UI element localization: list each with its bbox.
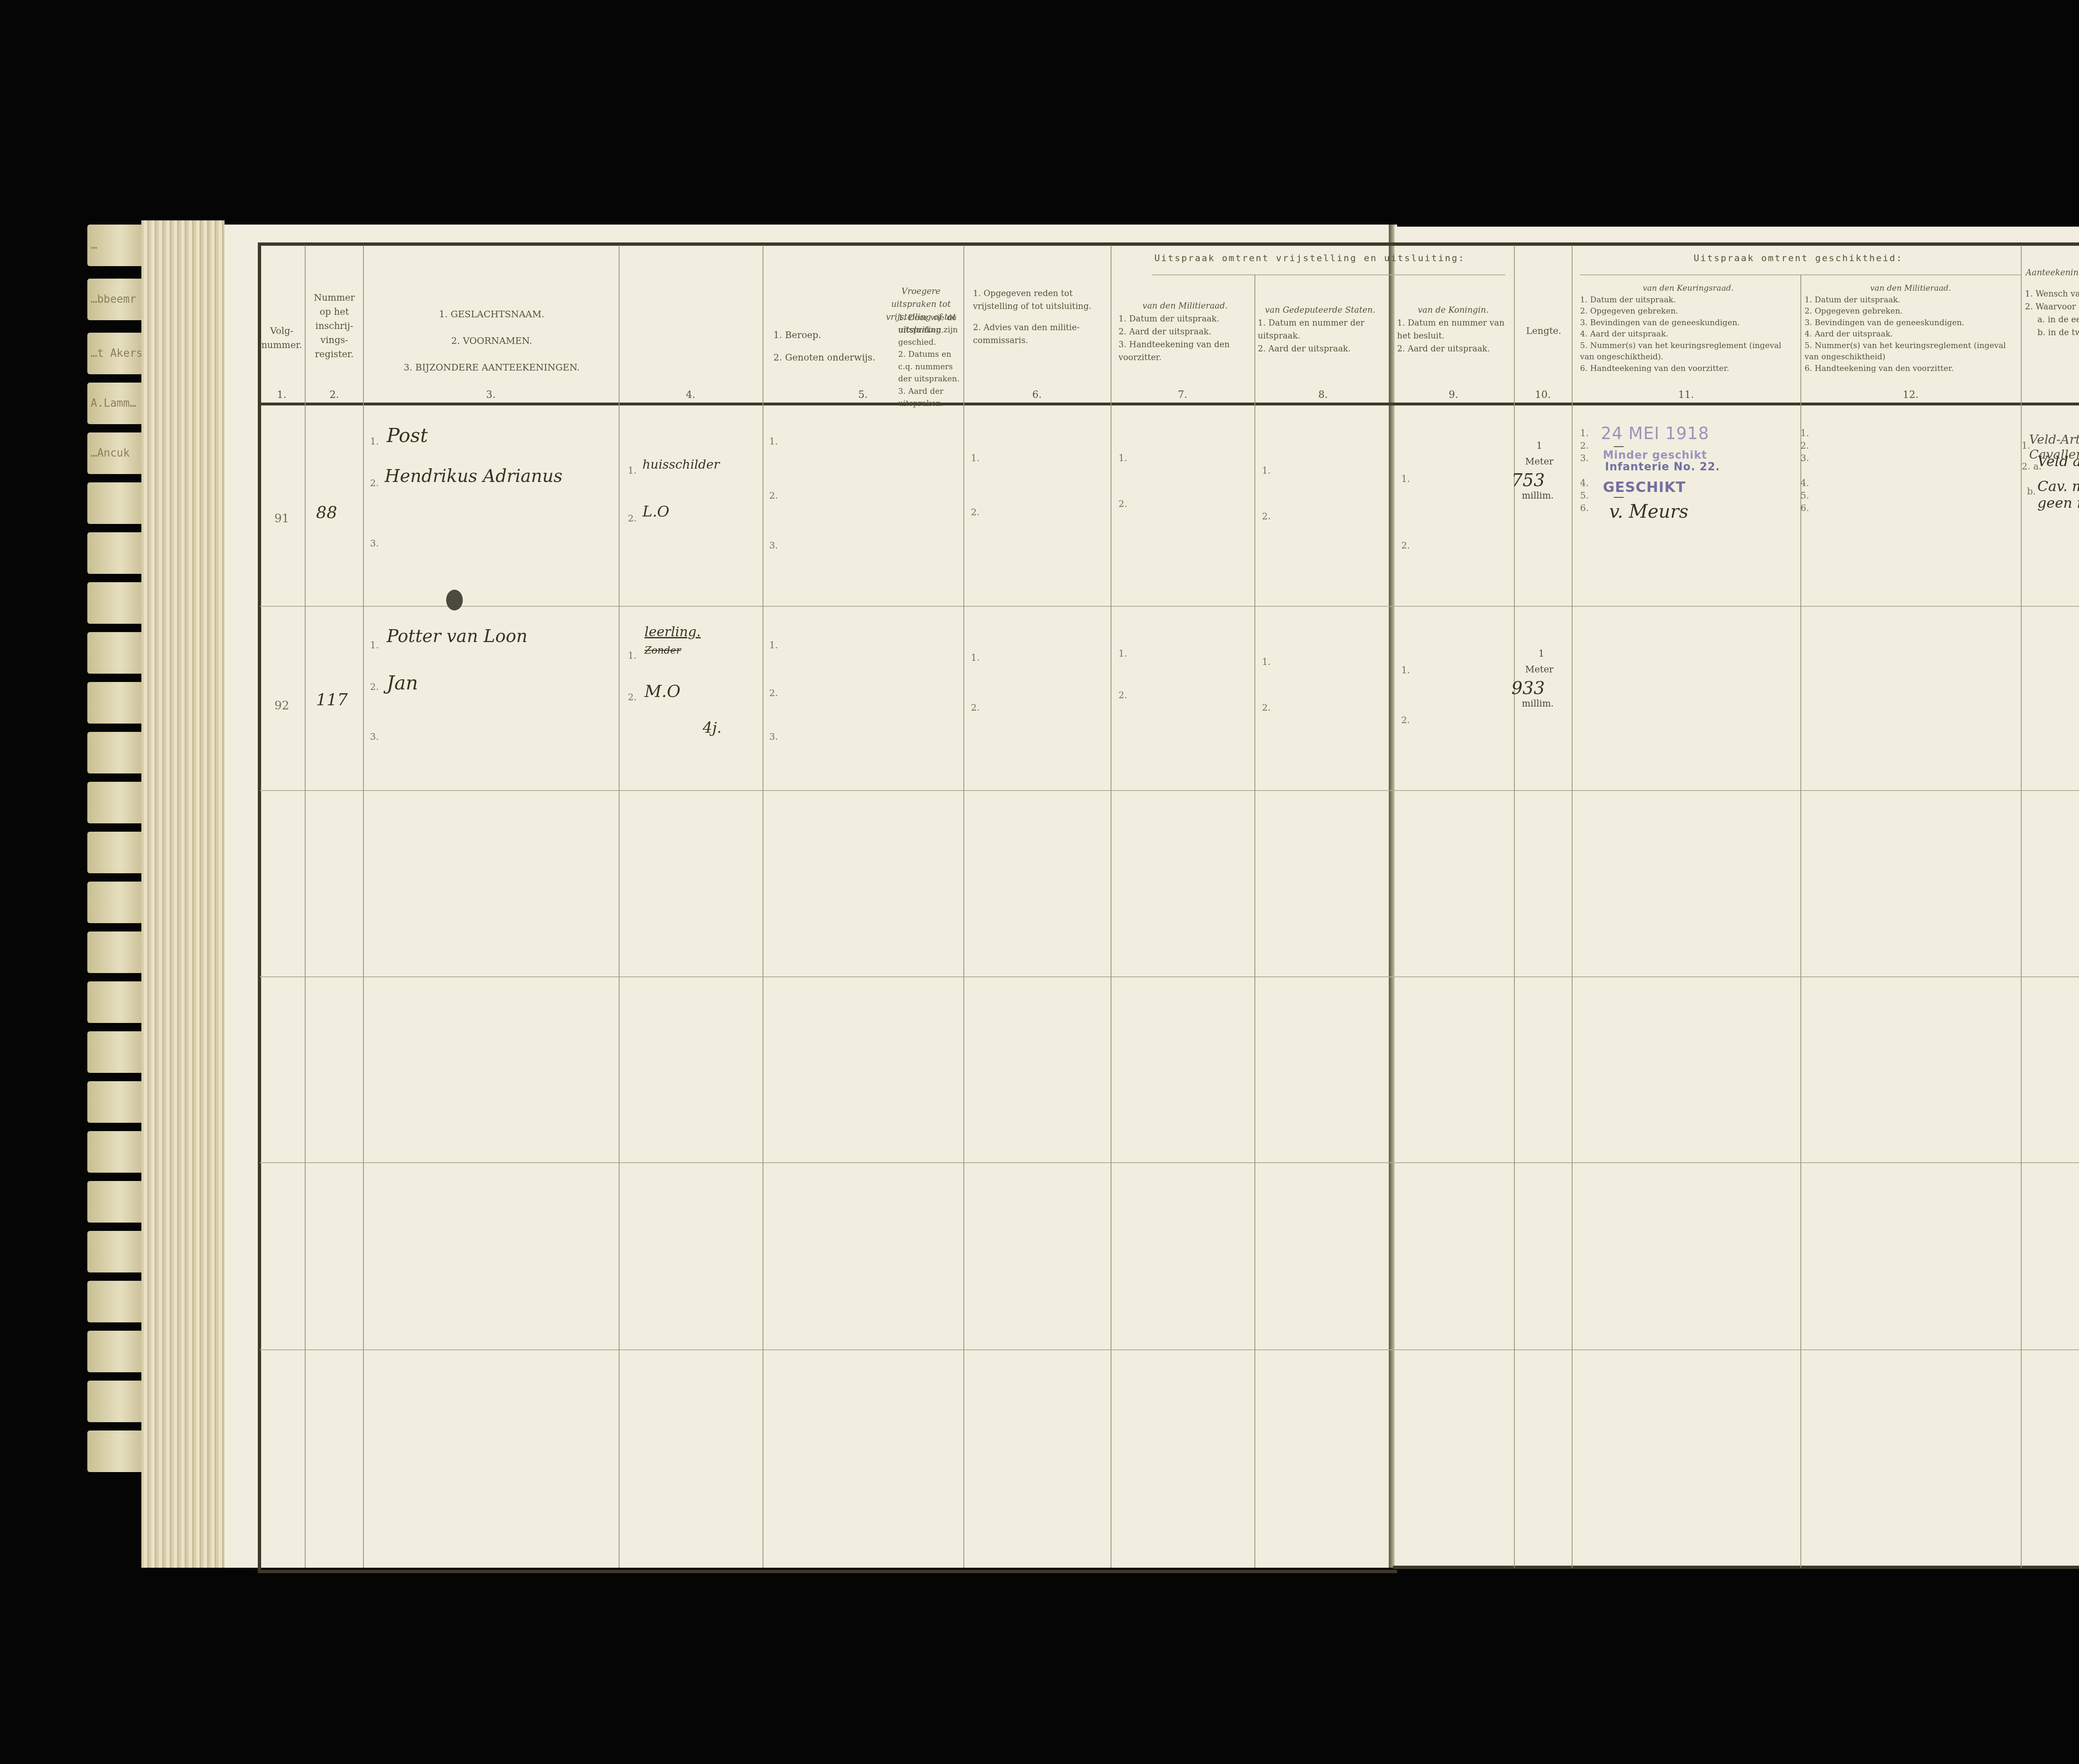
lengte-mm: 753 [1511,470,1545,490]
header-line: 5. Nummer(s) van het keuringsreglement (… [1805,340,2017,363]
column-number: 4. [619,389,763,400]
column-number: 3. [363,389,619,400]
register-nummer: 117 [316,690,348,709]
beroep: huisschilder [642,457,720,472]
group-divider [1152,274,1505,275]
header-line: van den Militieraad. [1805,283,2017,294]
column-number: 12. [1800,389,2021,400]
header-line: van den Militieraad. [1119,299,1252,312]
lengte-meter: 1 [1538,649,1544,659]
header-voornamen: 2. VOORNAMEN. [366,334,617,348]
row-divider [260,790,2079,791]
col-line [763,245,763,1568]
keuring-signature: v. Meurs [1609,501,1689,522]
header-lengte: Lengte. [1516,324,1572,338]
header-register-nummer: Nummer op het inschrij- vings- register. [306,291,363,362]
header-line: 1. Datum der uitspraak. [1580,294,1796,306]
header-line: 2. Aard der uitspraak. [1258,342,1383,355]
header-line: 3. Handteekening van den voorzitter. [1119,338,1252,364]
col-line [1254,274,1255,1568]
onderwijs-extra: 4j. [703,719,722,736]
header-line: 2. Waarvoor hij geschikt wordt geacht: [2025,300,2079,313]
header-militieraad: van den Militieraad. 1. Datum der uitspr… [1119,299,1252,364]
header-group-vrijstelling: Uitspraak omtrent vrijstelling en uitslu… [1114,252,1505,266]
header-line: 4. Aard der uitspraak. [1580,329,1796,340]
header-line: 6. Handteekening van den voorzitter. [1805,363,2017,375]
header-group-geschiktheid: Uitspraak omtrent geschiktheid: [1576,252,2021,266]
header-line: 2. Aard der uitspraak. [1119,325,1252,338]
onderwijs: M.O [644,682,680,701]
header-inlijving: Aanteekeningen met betrekking tot de inl… [2025,266,2079,339]
col-line [963,245,964,1568]
col-line [305,245,306,1568]
column-number: 8. [1254,389,1392,400]
col-line [363,245,364,1568]
right-table-frame [1393,242,2079,1569]
geschikt-b: Cav. met b.p. geen r.d. [2037,478,2079,511]
onderwijs: L.O [642,503,669,520]
header-line: 4. Aard der uitspraak. [1805,329,2017,340]
given-names: Jan [387,672,418,694]
column-number: 1. [260,389,304,400]
header-naam: 1. GESLACHTSNAAM. 2. VOORNAMEN. 3. BIJZO… [366,308,617,375]
volgnummer: 91 [274,511,289,525]
volgnummer: 92 [274,699,289,712]
col-line [1111,245,1111,1568]
header-line: 2. Datums en c.q. nummers der uitspraken… [898,348,960,385]
column-number: 13. [2021,389,2079,400]
header-line: b. in de tweede plaats. [2025,326,2079,339]
column-number: 11. [1572,389,1800,400]
header-onderwijs-line: 2. Genoten onderwijs. [773,351,890,365]
header-line: van den Keuringsraad. [1580,283,1796,294]
column-number: 5. [763,389,963,400]
header-line: Aanteekeningen met betrekking tot de inl… [2025,266,2079,279]
header-line: van de Koningin. [1397,304,1509,316]
geschikt-a: Veld art. [2037,453,2079,470]
header-line: 2. Opgegeven gebreken. [1580,306,1796,317]
meter-label: Meter [1525,457,1553,467]
column-number: 7. [1111,389,1254,400]
header-koningin: van de Koningin. 1. Datum en nummer van … [1397,304,1509,355]
column-number: 9. [1393,389,1514,400]
header-line: 2. Aard der uitspraak. [1397,342,1509,355]
header-line: 1. Door wie de uitspraken zijn geschied. [898,312,960,348]
row-divider [260,606,2079,607]
header-line: 1. Datum der uitspraak. [1119,312,1252,325]
col-line [619,245,620,1568]
column-number: 2. [306,389,363,400]
header-line: 5. Nummer(s) van het keuringsreglement (… [1580,340,1796,363]
header-geslachtsnaam: 1. GESLACHTSNAAM. [366,308,617,322]
header-aanteekeningen: 3. BIJZONDERE AANTEEKENINGEN. [366,361,617,375]
lengte-mm: 933 [1511,678,1545,698]
surname: Potter van Loon [387,626,528,646]
header-line: 3. Bevindingen van de geneeskundigen. [1805,317,2017,329]
millim-label: millim. [1522,699,1554,709]
lengte-meter: 1 [1536,441,1542,451]
left-table-frame [258,242,1397,1573]
millim-label: millim. [1522,491,1554,501]
header-opgegeven-reden: 1. Opgegeven reden tot vrijstelling of t… [973,287,1106,347]
header-volgnummer: Volg- nummer. [260,324,304,353]
column-number: 6. [963,389,1111,400]
meter-label: Meter [1525,665,1553,675]
given-names: Hendrikus Adrianus [385,466,563,486]
header-militieraad-geschiktheid: van den Militieraad. 1. Datum der uitspr… [1805,283,2017,374]
header-keuringsraad: van den Keuringsraad. 1. Datum der uitsp… [1580,283,1796,374]
ink-blot [446,590,463,610]
header-line: 3. Bevindingen van de geneeskundigen. [1580,317,1796,329]
header-divider [260,403,2079,405]
beroep: leerling. [644,624,701,640]
header-line: 2. Advies van den militie-commissaris. [973,321,1106,347]
beroep-struck: Zonder [644,645,681,656]
register-nummer: 88 [316,503,337,522]
row-divider [260,976,2079,977]
header-line: 1. Opgegeven reden tot vrijstelling of t… [973,287,1106,313]
header-line: 1. Datum der uitspraak. [1805,294,2017,306]
col-line [1572,245,1573,1568]
header-gedeputeerde: van Gedeputeerde Staten. 1. Datum en num… [1258,304,1383,355]
keuring-bevindingen: Minder geschikt [1603,449,1707,462]
page-stack-left [141,220,225,1568]
row-divider [260,1162,2079,1163]
header-line: 2. Opgegeven gebreken. [1805,306,2017,317]
col-line [1800,274,1801,1568]
row-divider [260,1349,2079,1350]
surname: Post [387,424,428,447]
column-number: 10. [1514,389,1572,400]
header-line: van Gedeputeerde Staten. [1258,304,1383,316]
header-line: 6. Handteekening van den voorzitter. [1580,363,1796,375]
header-line: 1. Datum en nummer van het besluit. [1397,316,1509,342]
header-line: 1. Wensch van den ingeschrevene. [2025,287,2079,300]
col-line [1514,245,1515,1568]
keuring-bevindingen-detail: Infanterie No. 22. [1605,461,1720,473]
header-line: 1. Datum en nummer der uitspraak. [1258,316,1383,342]
header-line: a. in de eerste plaats. [2025,313,2079,326]
